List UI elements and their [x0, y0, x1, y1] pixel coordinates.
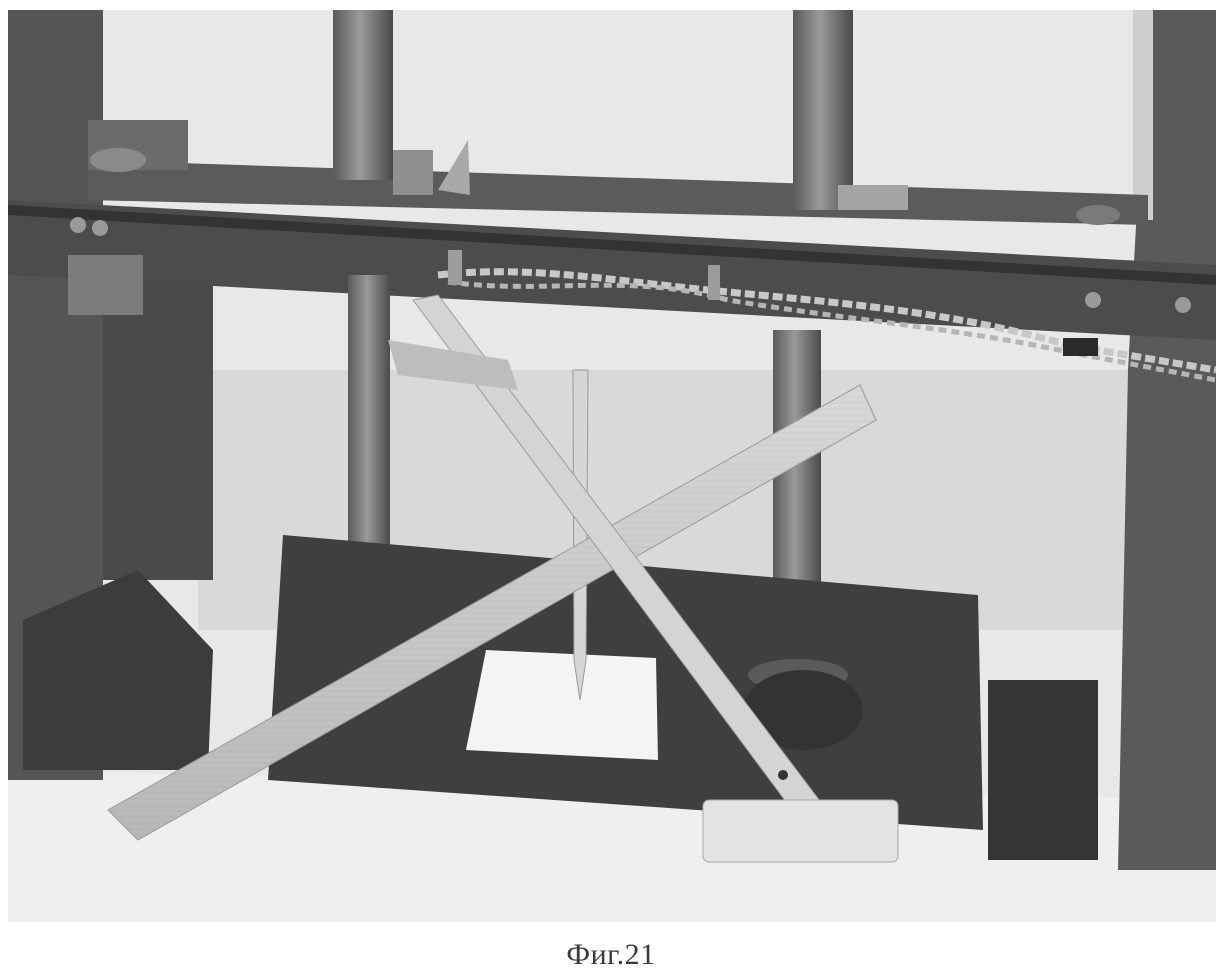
paper-sheet: [466, 650, 658, 760]
upper-cylinder-right: [793, 10, 853, 210]
screw-icon: [92, 220, 108, 236]
left-square-plate: [68, 255, 143, 315]
nail-head-icon: [778, 770, 788, 780]
screw-icon: [1085, 292, 1101, 308]
apparatus-photo-drawing: [8, 10, 1216, 922]
figure-caption: Фиг.21: [0, 938, 1222, 972]
bracket-left: [393, 150, 433, 195]
wooden-block: [703, 800, 898, 862]
clamp-right: [838, 185, 908, 210]
right-frame-highlight: [1133, 10, 1153, 220]
wire-terminal-left: [448, 250, 462, 285]
screw-icon: [70, 217, 86, 233]
apparatus-photo: [8, 10, 1216, 922]
nut-right: [1076, 205, 1120, 225]
right-dark-block: [988, 680, 1098, 860]
upper-cylinder-left: [333, 10, 393, 180]
pencil: [573, 370, 588, 700]
wire-connector: [1063, 338, 1098, 356]
screw-icon: [1175, 297, 1191, 313]
nut-left: [90, 148, 146, 172]
patent-figure: Фиг.21: [0, 0, 1222, 977]
wire-terminal-right: [708, 265, 720, 300]
